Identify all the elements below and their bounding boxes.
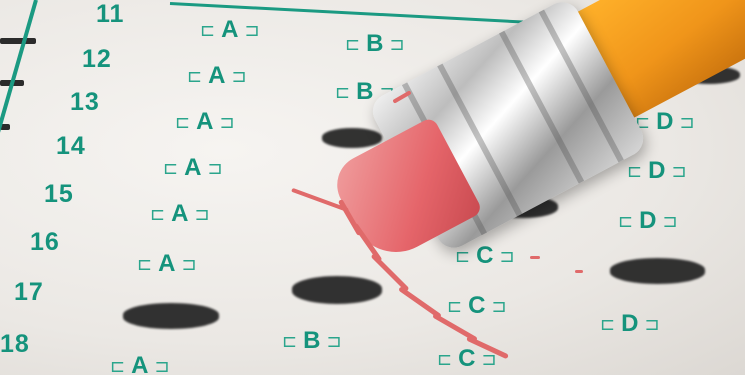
filled-bubble xyxy=(123,303,219,329)
question-number: 17 xyxy=(14,278,44,307)
bubble-a[interactable]: ⊏A⊐ xyxy=(200,16,260,44)
filled-bubble xyxy=(292,276,382,304)
filled-bubble xyxy=(610,258,705,284)
question-number: 14 xyxy=(56,132,86,161)
question-number: 12 xyxy=(82,45,112,74)
bubble-d[interactable]: ⊏D⊐ xyxy=(618,207,678,235)
bubble-c[interactable]: ⊏C⊐ xyxy=(455,242,515,270)
bubble-b[interactable]: ⊏B⊐ xyxy=(345,30,405,58)
question-number: 11 xyxy=(96,0,124,29)
bubble-a[interactable]: ⊏A⊐ xyxy=(137,250,197,278)
timing-mark xyxy=(0,38,36,44)
bubble-a[interactable]: ⊏A⊐ xyxy=(163,154,223,182)
bubble-d[interactable]: ⊏D⊐ xyxy=(627,157,687,185)
bubble-a[interactable]: ⊏A⊐ xyxy=(187,62,247,90)
bubble-b[interactable]: ⊏B⊐ xyxy=(282,327,342,355)
bubble-d[interactable]: ⊏D⊐ xyxy=(600,310,660,338)
sheet-border-line xyxy=(0,0,38,212)
bubble-c[interactable]: ⊏C⊐ xyxy=(447,292,507,320)
question-number: 13 xyxy=(70,88,100,117)
bubble-a[interactable]: ⊏A⊐ xyxy=(110,352,170,375)
photo-scene: 11 12 13 14 15 16 17 18 ⊏A⊐ ⊏A⊐ ⊏A⊐ ⊏A⊐ … xyxy=(0,0,745,375)
bubble-a[interactable]: ⊏A⊐ xyxy=(150,200,210,228)
question-number: 15 xyxy=(44,180,74,209)
bubble-a[interactable]: ⊏A⊐ xyxy=(175,108,235,136)
question-number: 16 xyxy=(30,228,60,257)
question-number: 18 xyxy=(0,330,30,359)
filled-bubble xyxy=(322,128,382,148)
